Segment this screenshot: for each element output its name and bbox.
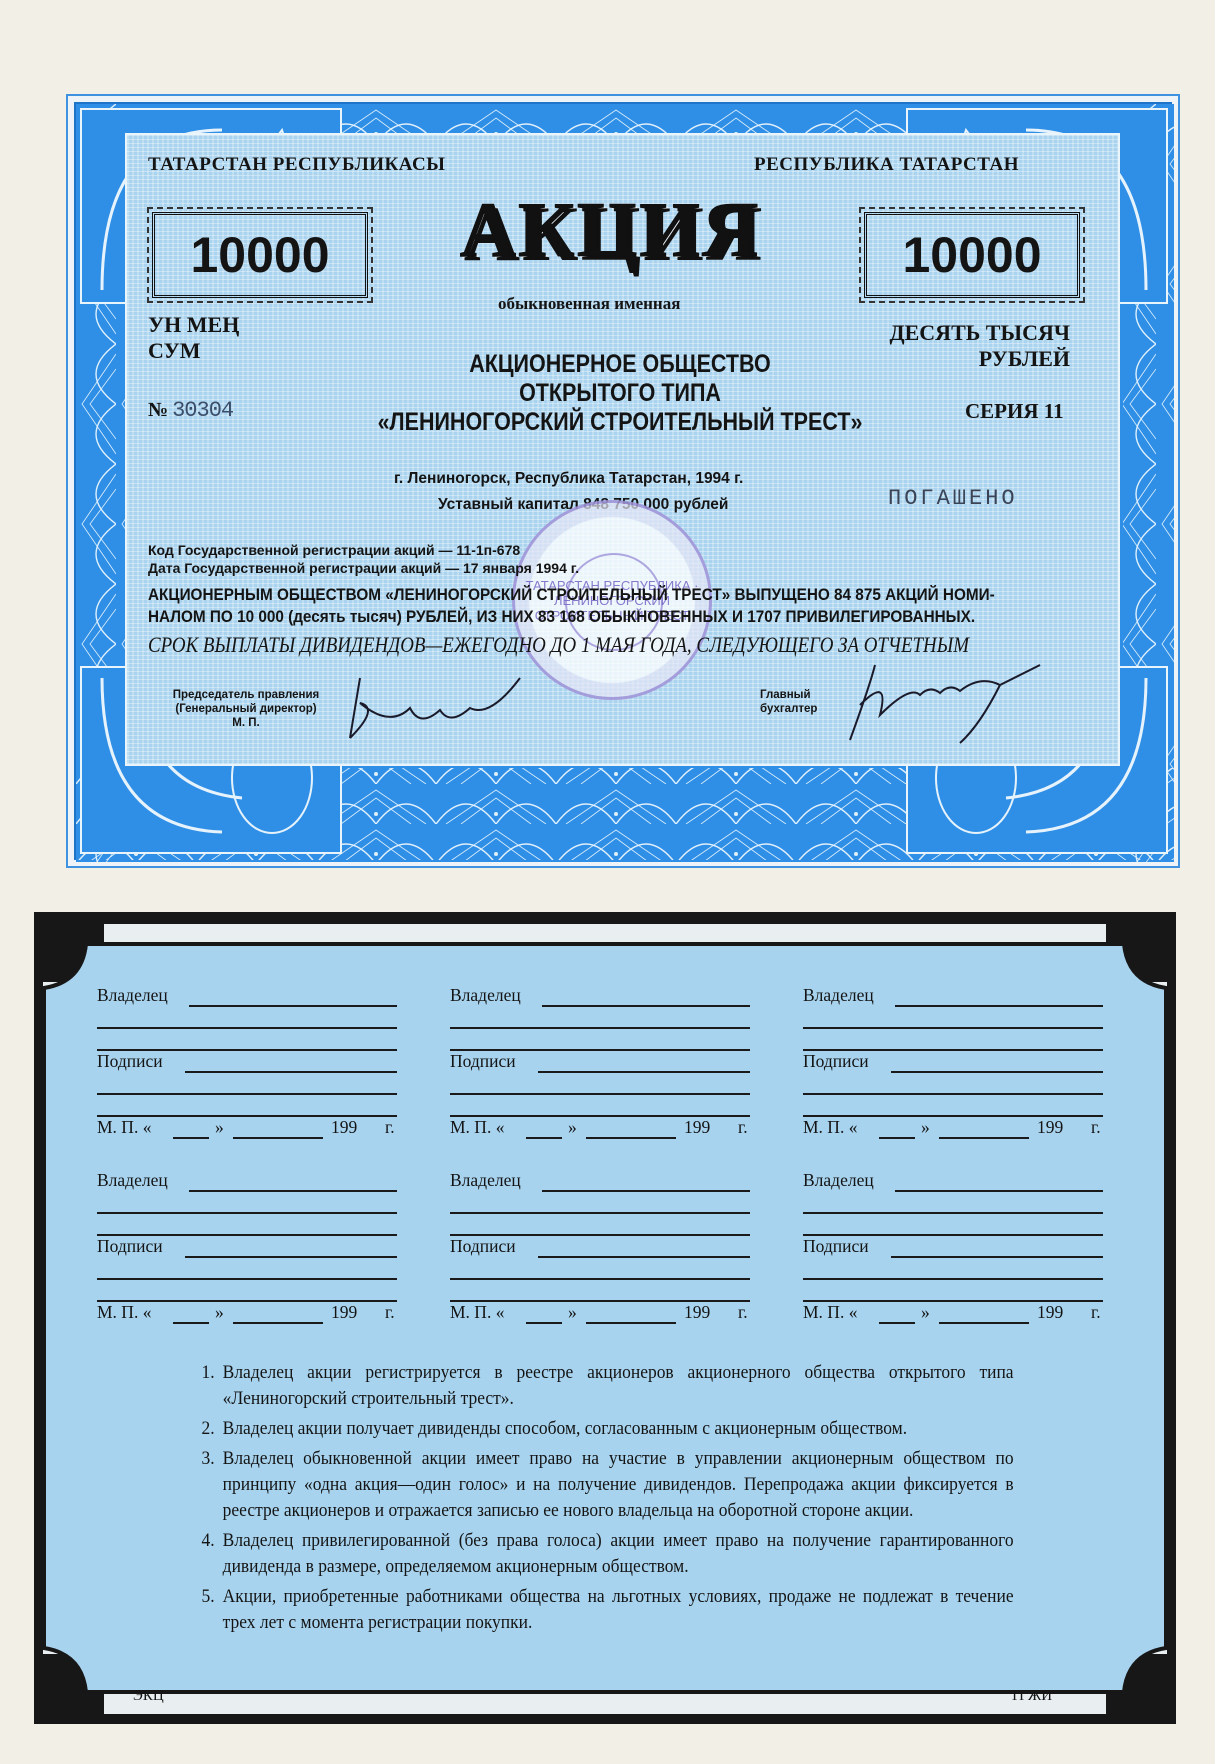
owner-label: Владелец <box>450 985 521 1006</box>
signature-field[interactable] <box>538 1256 750 1258</box>
date-prefix: М. П. « <box>803 1302 857 1323</box>
rule-item: Владелец акции получает дивиденды способ… <box>219 1416 1014 1442</box>
registration-code: Код Государственной регистрации акций — … <box>148 541 579 559</box>
shareholder-rules: Владелец акции регистрируется в реестре … <box>195 1360 1015 1640</box>
date-quote-close: » <box>921 1117 930 1138</box>
registration-info: Код Государственной регистрации акций — … <box>148 541 579 577</box>
signature-field-line2[interactable] <box>803 1278 1103 1280</box>
owner-name-field[interactable] <box>542 1190 750 1192</box>
date-year: 199 <box>684 1117 710 1138</box>
signature-field[interactable] <box>538 1071 750 1073</box>
signature-label: Подписи <box>803 1051 869 1072</box>
number-sign: № <box>148 399 168 421</box>
signature-label: Подписи <box>97 1051 163 1072</box>
rule-item: Акции, приобретенные работниками обществ… <box>219 1584 1014 1636</box>
chairman-signature <box>330 668 530 748</box>
location-line: г. Лениногорск, Республика Татарстан, 19… <box>394 470 743 488</box>
owner-label: Владелец <box>97 985 168 1006</box>
signature-field-line2[interactable] <box>450 1093 750 1095</box>
date-suffix: г. <box>738 1117 748 1138</box>
serial-number: № 30304 <box>148 398 233 423</box>
footer-left-mark: ЭКЦ <box>133 1688 164 1705</box>
header-right-russian: РЕСПУБЛИКА ТАТАРСТАН <box>754 154 1019 176</box>
owner-name-field-line2[interactable] <box>450 1027 750 1029</box>
date-month-field[interactable] <box>939 1137 1029 1139</box>
date-suffix: г. <box>1091 1117 1101 1138</box>
date-prefix: М. П. « <box>803 1117 857 1138</box>
owner-name-field-line2[interactable] <box>97 1027 397 1029</box>
date-quote-close: » <box>215 1302 224 1323</box>
owner-label: Владелец <box>97 1170 168 1191</box>
amount-words-russian: ДЕСЯТЬ ТЫСЯЧ РУБЛЕЙ <box>880 320 1070 372</box>
owner-name-field[interactable] <box>542 1005 750 1007</box>
signature-label: Подписи <box>97 1236 163 1257</box>
owner-name-field[interactable] <box>895 1190 1103 1192</box>
date-quote-close: » <box>568 1117 577 1138</box>
date-month-field[interactable] <box>586 1322 676 1324</box>
date-day-field[interactable] <box>879 1322 915 1324</box>
date-quote-close: » <box>568 1302 577 1323</box>
date-month-field[interactable] <box>233 1322 323 1324</box>
certificate-title: АКЦИЯ <box>420 185 800 275</box>
owner-label: Владелец <box>450 1170 521 1191</box>
signature-field-line2[interactable] <box>450 1278 750 1280</box>
signature-label: Подписи <box>450 1051 516 1072</box>
signature-field-line2[interactable] <box>97 1278 397 1280</box>
share-type: обыкновенная именная <box>498 294 680 314</box>
series: СЕРИЯ 11 <box>965 398 1064 424</box>
company-name: АКЦИОНЕРНОЕ ОБЩЕСТВО ОТКРЫТОГО ТИПА «ЛЕН… <box>345 350 895 437</box>
rule-item: Владелец акции регистрируется в реестре … <box>219 1360 1014 1412</box>
date-day-field[interactable] <box>526 1322 562 1324</box>
signature-field[interactable] <box>891 1256 1103 1258</box>
date-day-field[interactable] <box>173 1322 209 1324</box>
date-prefix: М. П. « <box>97 1302 151 1323</box>
denomination-right: 10000 <box>902 226 1041 284</box>
date-year: 199 <box>331 1302 357 1323</box>
date-suffix: г. <box>1091 1302 1101 1323</box>
date-quote-close: » <box>921 1302 930 1323</box>
footer-right-mark: ТГЖИ <box>1010 1688 1052 1705</box>
date-prefix: М. П. « <box>450 1302 504 1323</box>
date-suffix: г. <box>385 1117 395 1138</box>
issue-text: АКЦИОНЕРНЫМ ОБЩЕСТВОМ «ЛЕНИНОГОРСКИЙ СТР… <box>148 584 995 628</box>
owner-label: Владелец <box>803 1170 874 1191</box>
chairman-label: Председатель правления (Генеральный дире… <box>172 688 320 730</box>
owner-name-field-line2[interactable] <box>803 1212 1103 1214</box>
signature-label: Подписи <box>803 1236 869 1257</box>
date-day-field[interactable] <box>173 1137 209 1139</box>
date-year: 199 <box>1037 1302 1063 1323</box>
date-prefix: М. П. « <box>97 1117 151 1138</box>
owner-name-field[interactable] <box>895 1005 1103 1007</box>
rule-item: Владелец привилегированной (без права го… <box>219 1528 1014 1580</box>
amount-words-tatar: УН МЕҢ СУМ <box>148 312 239 364</box>
date-day-field[interactable] <box>879 1137 915 1139</box>
date-prefix: М. П. « <box>450 1117 504 1138</box>
denomination-left: 10000 <box>190 226 329 284</box>
date-suffix: г. <box>738 1302 748 1323</box>
date-day-field[interactable] <box>526 1137 562 1139</box>
signature-field-line2[interactable] <box>803 1093 1103 1095</box>
owner-name-field-line2[interactable] <box>803 1027 1103 1029</box>
denomination-box-left: 10000 <box>152 212 368 298</box>
signature-field[interactable] <box>185 1071 397 1073</box>
date-suffix: г. <box>385 1302 395 1323</box>
accountant-signature <box>830 655 1050 750</box>
accountant-label: Главный бухгалтер <box>760 688 830 716</box>
date-month-field[interactable] <box>939 1322 1029 1324</box>
owner-label: Владелец <box>803 985 874 1006</box>
cancelled-stamp: ПОГАШЕНО <box>888 486 1018 511</box>
date-year: 199 <box>684 1302 710 1323</box>
number-value: 30304 <box>172 398 233 423</box>
header-left-tatar: ТАТАРСТАН РЕСПУБЛИКАСЫ <box>148 154 445 176</box>
signature-field[interactable] <box>185 1256 397 1258</box>
registration-date: Дата Государственной регистрации акций —… <box>148 559 579 577</box>
date-quote-close: » <box>215 1117 224 1138</box>
owner-name-field[interactable] <box>189 1190 397 1192</box>
date-year: 199 <box>331 1117 357 1138</box>
signature-field-line2[interactable] <box>97 1093 397 1095</box>
owner-name-field-line2[interactable] <box>450 1212 750 1214</box>
date-month-field[interactable] <box>586 1137 676 1139</box>
signature-label: Подписи <box>450 1236 516 1257</box>
owner-name-field-line2[interactable] <box>97 1212 397 1214</box>
date-month-field[interactable] <box>233 1137 323 1139</box>
signature-field[interactable] <box>891 1071 1103 1073</box>
rule-item: Владелец обыкновенной акции имеет право … <box>219 1446 1014 1524</box>
denomination-box-right: 10000 <box>864 212 1080 298</box>
date-year: 199 <box>1037 1117 1063 1138</box>
owner-name-field[interactable] <box>189 1005 397 1007</box>
